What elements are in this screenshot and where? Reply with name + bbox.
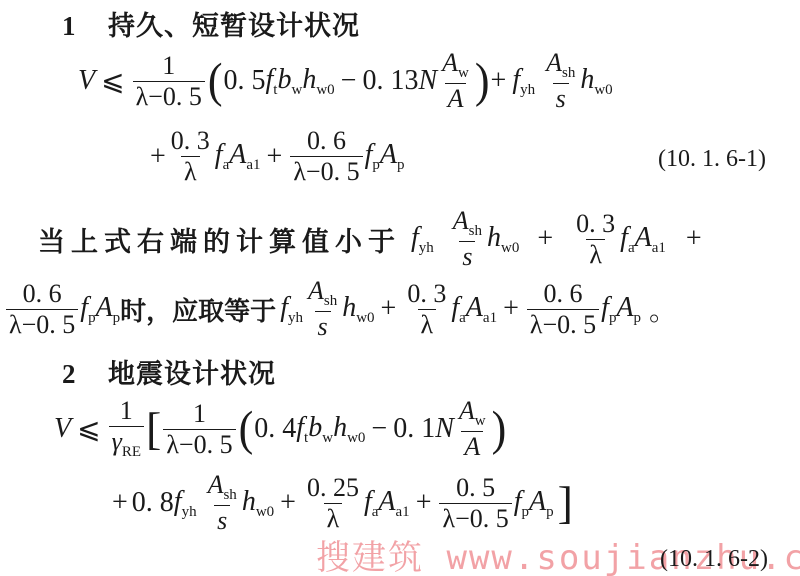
fraction-Ash-over-s: Ashs bbox=[450, 208, 485, 270]
plus-sign: + bbox=[416, 487, 432, 519]
hw0: hw0 bbox=[242, 486, 274, 521]
paragraph-line-2: 0. 6λ−0. 5 fp Ap 时，应取等于 fyh Ashs hw0 + 0… bbox=[4, 278, 677, 340]
coef-0-4: 0. 4 bbox=[254, 413, 296, 445]
Aa1: Aa1 bbox=[229, 139, 260, 174]
fraction-Aw-over-A: AwA bbox=[439, 50, 472, 112]
coef-0-13: 0. 13 bbox=[362, 65, 418, 97]
section-title: 地震设计状况 bbox=[108, 359, 276, 389]
Aa1: Aa1 bbox=[466, 292, 497, 327]
plus-sign: + bbox=[267, 141, 283, 173]
close-paren: ) bbox=[492, 405, 507, 453]
fa: fa bbox=[364, 486, 378, 521]
fp: fp bbox=[514, 486, 529, 521]
fraction-Ash-over-s: Ashs bbox=[305, 278, 340, 340]
coef-0-1: 0. 1 bbox=[393, 413, 435, 445]
open-bracket: [ bbox=[146, 406, 161, 452]
symbol-V: V bbox=[78, 65, 95, 97]
section-2-heading: 2地震设计状况 bbox=[62, 352, 276, 391]
leq-sign: ⩽ bbox=[101, 64, 124, 98]
formula-1-line-1: V ⩽ 1λ−0. 5 ( 0. 5 ft bw hw0 − 0. 13 N A… bbox=[78, 50, 613, 112]
bw: bw bbox=[277, 64, 302, 99]
symbol-V: V bbox=[54, 413, 71, 445]
ft: ft bbox=[296, 412, 308, 447]
plus-sign: + bbox=[280, 487, 296, 519]
fraction-0-5-over-lambda: 0. 5λ−0. 5 bbox=[439, 475, 511, 532]
fraction-0-3-over-lambda: 0. 3λ bbox=[404, 281, 449, 338]
plus-sign: + bbox=[150, 141, 166, 173]
Ap: Ap bbox=[616, 292, 641, 327]
hw0: hw0 bbox=[580, 64, 612, 99]
ft: ft bbox=[266, 64, 278, 99]
close-paren: ) bbox=[475, 57, 490, 105]
fraction-1-over-lambda: 1λ−0. 5 bbox=[133, 53, 205, 110]
paragraph-text: 当上式右端的计算值小于 bbox=[38, 220, 401, 259]
fraction-0-6-over-lambda: 0. 6λ−0. 5 bbox=[290, 128, 362, 185]
fyh: fyh bbox=[174, 486, 197, 521]
fraction-1-over-lambda: 1λ−0. 5 bbox=[163, 401, 235, 458]
paragraph-line-1: 当上式右端的计算值小于 fyh Ashs hw0 + 0. 3λ fa Aa1 … bbox=[38, 208, 702, 270]
fraction-Ash-over-s: Ashs bbox=[543, 50, 578, 112]
section-number: 1 bbox=[62, 11, 108, 42]
formula-1-line-2: + 0. 3λ fa Aa1 + 0. 6λ−0. 5 fp Ap bbox=[150, 128, 405, 185]
fa: fa bbox=[620, 222, 634, 257]
Ap: Ap bbox=[529, 486, 554, 521]
leq-sign: ⩽ bbox=[77, 412, 100, 446]
fa: fa bbox=[215, 139, 229, 174]
plus-sign: + bbox=[491, 65, 507, 97]
fa: fa bbox=[451, 292, 465, 327]
open-paren: ( bbox=[239, 405, 254, 453]
symbol-N: N bbox=[435, 413, 454, 445]
close-bracket: ] bbox=[558, 480, 573, 526]
fraction-1-over-gamma-RE: 1γRE bbox=[109, 398, 144, 460]
formula-number-1: (10. 1. 6-1) bbox=[658, 146, 766, 173]
coef-0-5: 0. 5 bbox=[224, 65, 266, 97]
fp: fp bbox=[601, 292, 616, 327]
coef-0-8: 0. 8 bbox=[132, 487, 174, 519]
plus-sign: + bbox=[381, 293, 397, 325]
bw: bw bbox=[308, 412, 333, 447]
fyh: fyh bbox=[280, 292, 303, 327]
fraction-0-25-over-lambda: 0. 25λ bbox=[304, 475, 362, 532]
plus-sign: + bbox=[537, 223, 553, 255]
hw0: hw0 bbox=[342, 292, 374, 327]
fraction-0-6-over-lambda: 0. 6λ−0. 5 bbox=[527, 281, 599, 338]
period: 。 bbox=[649, 289, 677, 329]
section-title: 持久、短暂设计状况 bbox=[108, 11, 360, 41]
Ap: Ap bbox=[96, 292, 121, 327]
Aa1: Aa1 bbox=[635, 222, 666, 257]
hw0: hw0 bbox=[487, 222, 519, 257]
minus-sign: − bbox=[341, 65, 357, 97]
formula-number-2: (10. 1. 6-2) bbox=[660, 546, 768, 573]
plus-sign: + bbox=[112, 487, 128, 519]
minus-sign: − bbox=[371, 413, 387, 445]
fraction-0-3-over-lambda: 0. 3λ bbox=[573, 211, 618, 268]
hw0: hw0 bbox=[333, 412, 365, 447]
fp: fp bbox=[365, 139, 380, 174]
section-number: 2 bbox=[62, 359, 108, 390]
plus-sign: + bbox=[503, 293, 519, 325]
fp: fp bbox=[80, 292, 95, 327]
Aa1: Aa1 bbox=[378, 486, 409, 521]
fraction-Aw-over-A: AwA bbox=[456, 398, 489, 460]
section-1-heading: 1持久、短暂设计状况 bbox=[62, 4, 360, 43]
fraction-Ash-over-s: Ashs bbox=[205, 472, 240, 534]
fraction-0-6-over-lambda: 0. 6λ−0. 5 bbox=[6, 281, 78, 338]
fyh: fyh bbox=[512, 64, 535, 99]
fraction-0-3-over-lambda: 0. 3λ bbox=[168, 128, 213, 185]
Ap: Ap bbox=[380, 139, 405, 174]
formula-2-line-1: V ⩽ 1γRE [ 1λ−0. 5 ( 0. 4 ft bw hw0 − 0.… bbox=[54, 398, 507, 460]
fyh: fyh bbox=[411, 222, 434, 257]
paragraph-text: 时，应取等于 bbox=[120, 291, 276, 328]
open-paren: ( bbox=[208, 57, 223, 105]
hw0: hw0 bbox=[302, 64, 334, 99]
formula-2-line-2: + 0. 8 fyh Ashs hw0 + 0. 25λ fa Aa1 + 0.… bbox=[112, 472, 573, 534]
plus-sign: + bbox=[686, 223, 702, 255]
symbol-N: N bbox=[418, 65, 437, 97]
